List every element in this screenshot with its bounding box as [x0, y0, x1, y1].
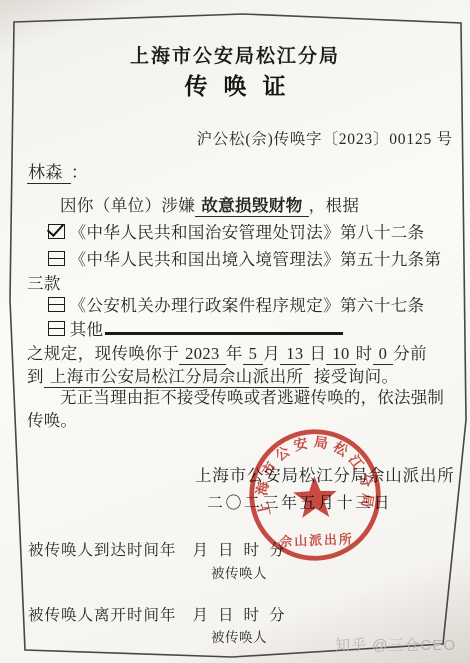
intro-text-pre: 因你（单位）涉嫌 — [60, 196, 195, 215]
time-unit-hour: 时 — [244, 542, 260, 559]
departure-time-units: 年月日时分 — [160, 603, 295, 625]
legal-option-2-wrap: 三款 — [27, 270, 61, 294]
arrival-time-label: 被传唤人到达时间 — [28, 538, 160, 560]
month-unit-label: 月 — [263, 344, 280, 363]
day-unit-label: 日 — [310, 344, 327, 363]
summon-place-value: 上海市公安局松江分局佘山派出所 — [44, 367, 310, 388]
legal-option-2-text: 《中华人民共和国出境入境管理法》第五十九条第 — [70, 250, 442, 269]
legal-option-4: 其他 — [27, 316, 343, 340]
document-number: 沪公松(佘)传唤字〔2023〕00125 号 — [196, 127, 453, 149]
summon-place-line: 到上海市公安局松江分局佘山派出所 接受询问。 — [27, 363, 398, 387]
minute-unit-label: 分前 — [393, 344, 427, 363]
time-unit-month: 月 — [193, 607, 209, 624]
seal-star-icon — [292, 475, 337, 518]
document-title: 传唤证 — [20, 68, 450, 101]
to-prefix: 到 — [27, 367, 44, 386]
checkbox-unchecked-icon — [48, 251, 65, 266]
legal-option-1: 《中华人民共和国治安管理处罚法》第八十二条 — [27, 219, 425, 243]
summon-hour-value: 10 — [326, 344, 355, 365]
suspected-offense-value: 故意损毁财物 — [195, 196, 308, 217]
summon-time-line: 之规定，现传唤你于2023年5月13日10时0分前 — [27, 340, 427, 364]
summon-pre-text: 之规定，现传唤你于 — [27, 344, 179, 363]
time-unit-hour: 时 — [244, 607, 260, 624]
departure-time-label: 被传唤人离开时间 — [28, 603, 160, 625]
addressee-colon: ： — [71, 163, 88, 182]
time-unit-month: 月 — [193, 542, 209, 559]
place-suffix: 接受询问。 — [314, 367, 399, 386]
scanned-summons-document: 上海市公安局松江分局 传唤证 沪公松(佘)传唤字〔2023〕00125 号 林森… — [0, 0, 470, 663]
hour-unit-label: 时 — [356, 344, 373, 363]
legal-option-1-text: 《中华人民共和国治安管理处罚法》第八十二条 — [70, 223, 425, 242]
checkbox-checked-icon — [48, 224, 65, 239]
legal-option-3-text: 《公安机关办理行政案件程序规定》第六十七条 — [70, 296, 425, 315]
summon-day-value: 13 — [280, 344, 309, 365]
legal-option-4-text: 其他 — [70, 320, 104, 339]
summoned-person-signature-label: 被传唤人 — [211, 626, 267, 646]
legal-option-2: 《中华人民共和国出境入境管理法》第五十九条第 — [27, 246, 441, 270]
addressee-line: 林森： — [27, 158, 88, 183]
year-unit-label: 年 — [226, 344, 243, 363]
watermark: 知乎 @三仓CEO — [335, 634, 456, 655]
time-unit-year: 年 — [160, 542, 176, 559]
time-unit-day: 日 — [218, 607, 234, 624]
arrival-time-units: 年月日时分 — [160, 538, 295, 560]
warning-text: 无正当理由拒不接受传唤或者逃避传唤的，依法强制传唤。 — [27, 386, 459, 432]
checkbox-unchecked-icon — [48, 297, 65, 312]
checkbox-unchecked-icon — [48, 321, 65, 336]
time-unit-minute: 分 — [269, 542, 285, 559]
summon-month-value: 5 — [243, 344, 264, 365]
intro-text-post: ，根据 — [309, 196, 360, 215]
time-unit-year: 年 — [160, 607, 176, 624]
summon-year-value: 2023 — [179, 344, 226, 365]
addressee-name: 林森 — [27, 163, 71, 184]
time-unit-day: 日 — [218, 542, 234, 559]
issuing-agency-title: 上海市公安局松江分局 — [20, 41, 450, 68]
other-blank-line — [105, 320, 343, 335]
legal-option-3: 《公安机关办理行政案件程序规定》第六十七条 — [27, 292, 425, 316]
summoned-person-signature-label: 被传唤人 — [211, 562, 267, 582]
intro-line: 因你（单位）涉嫌故意损毁财物，根据 — [27, 192, 359, 216]
summon-minute-value: 0 — [373, 344, 394, 365]
time-unit-minute: 分 — [269, 607, 285, 624]
